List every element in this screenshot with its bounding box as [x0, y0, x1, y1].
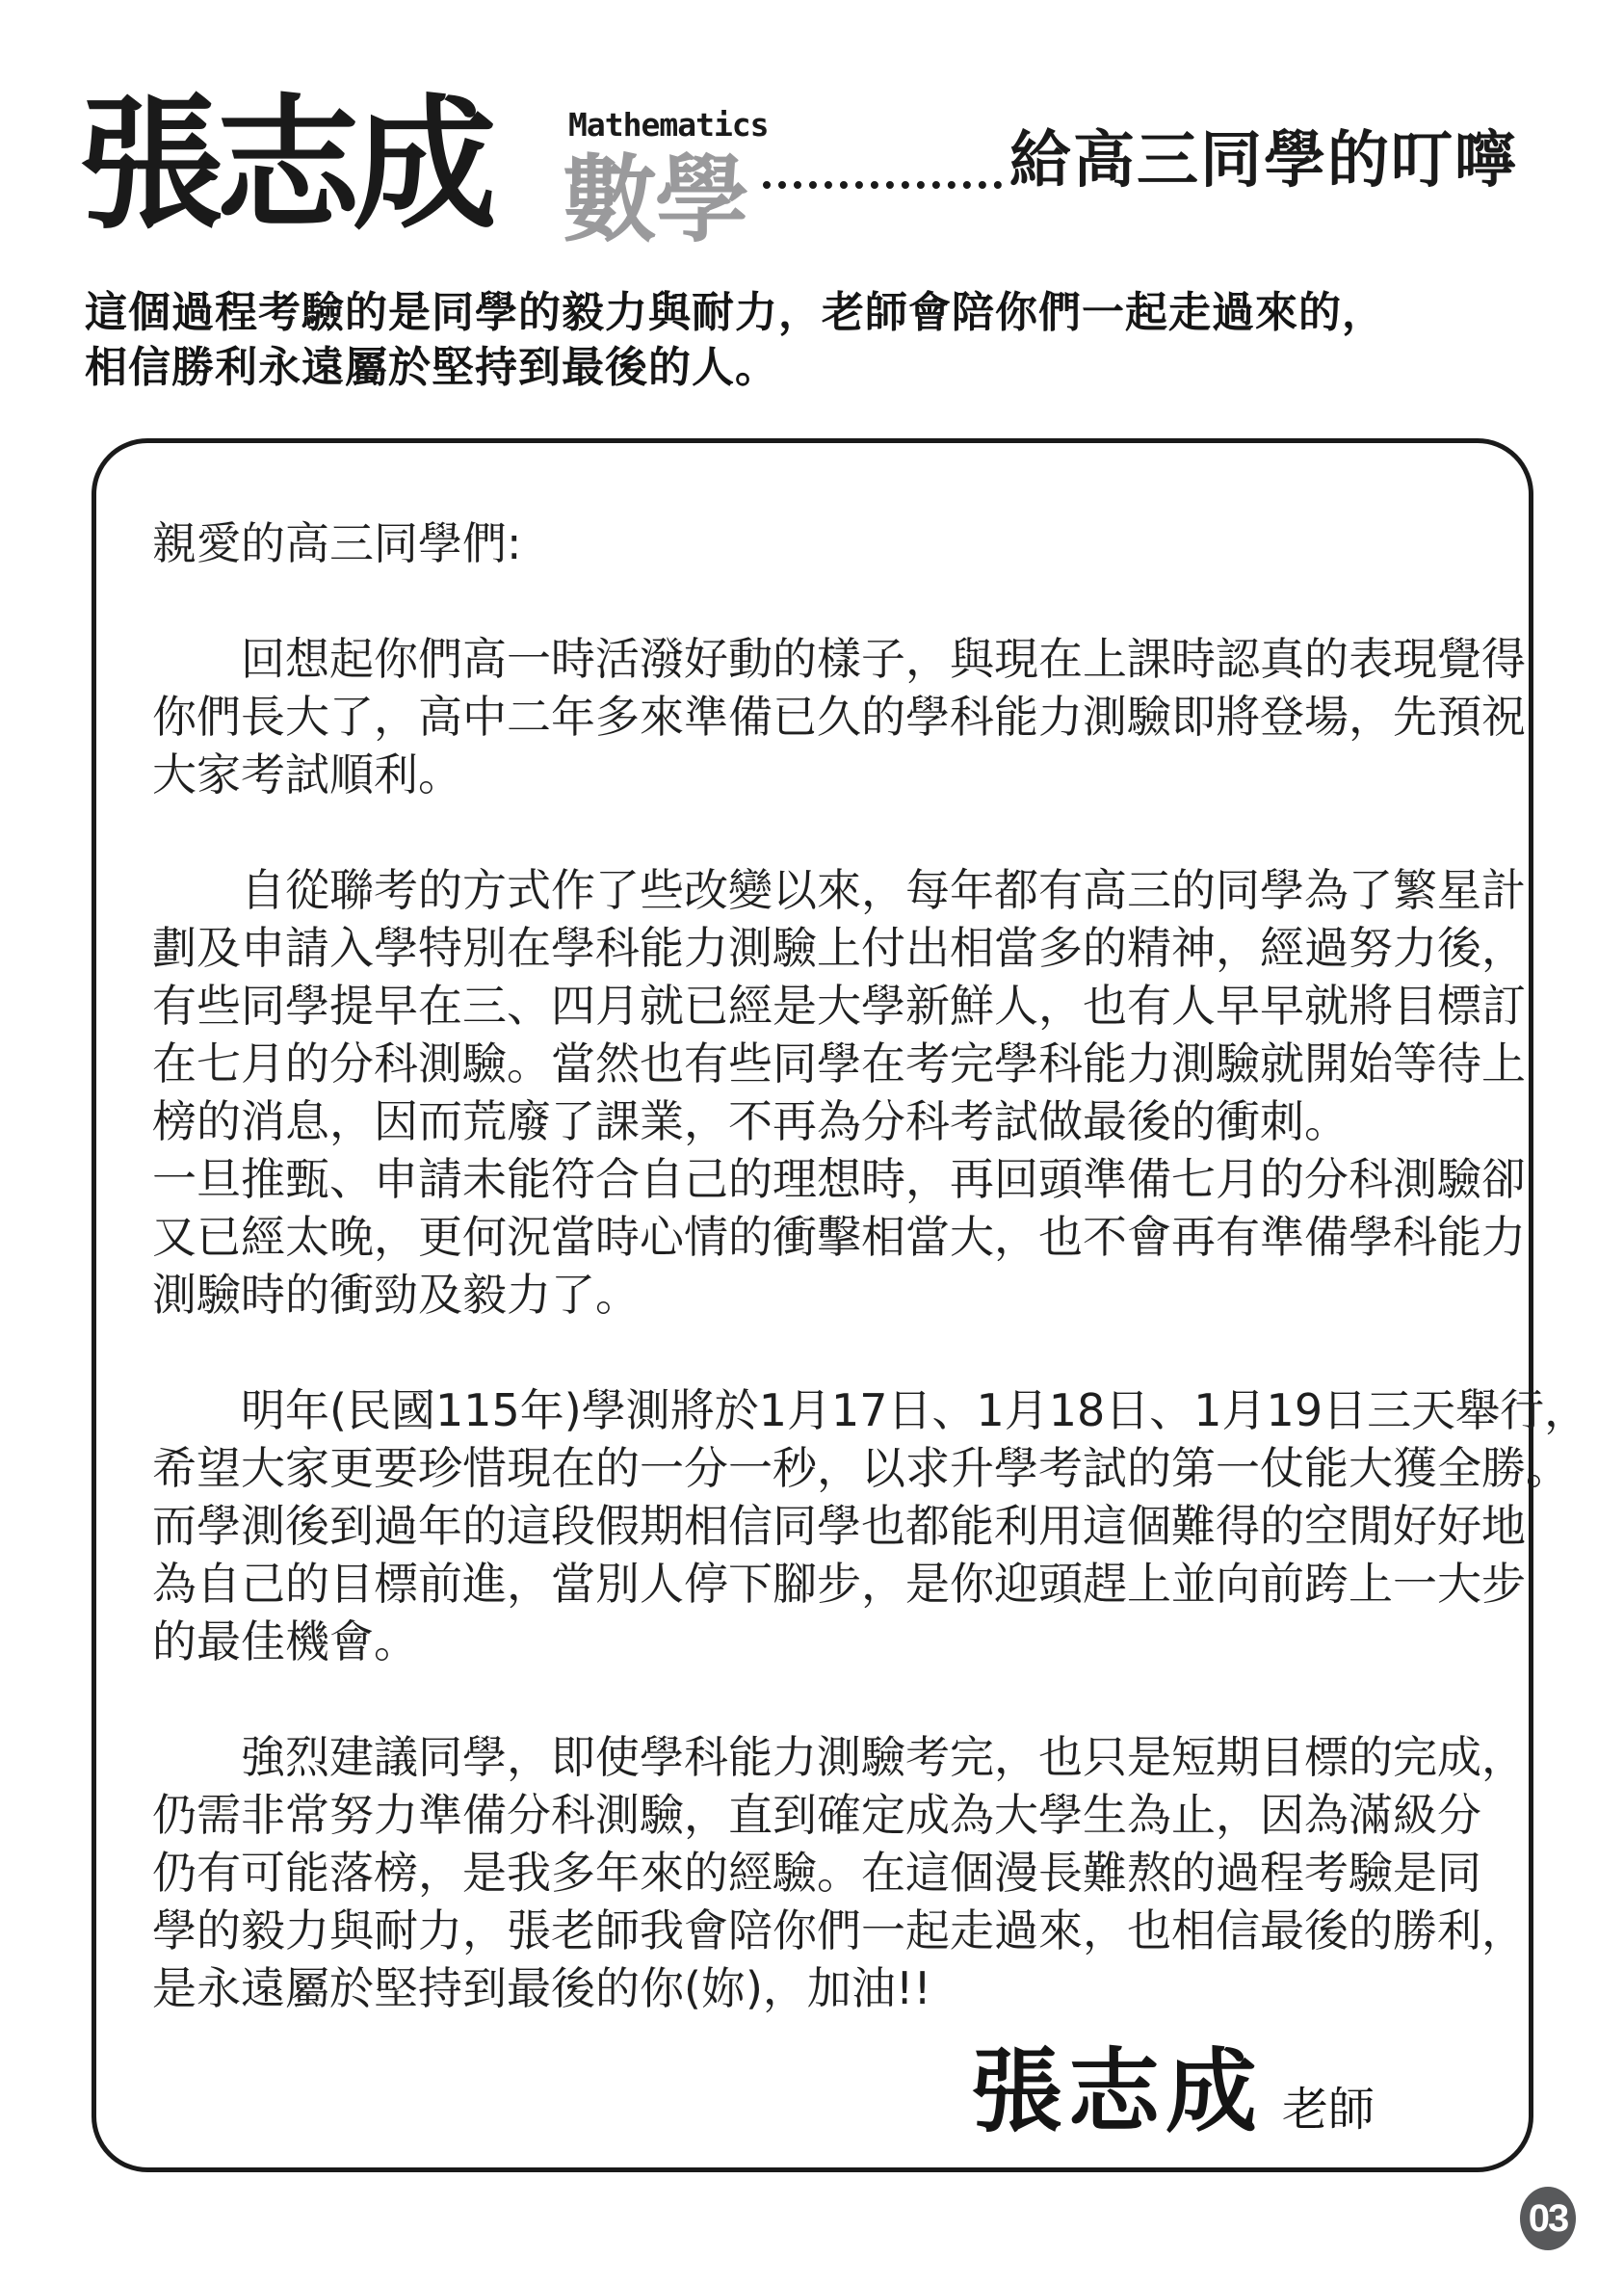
letter-box: 親愛的高三同學們: 回想起你們高一時活潑好動的樣子，與現在上課時認真的表現覺得你…: [92, 438, 1533, 2172]
letter-line: 仍有可能落榜，是我多年來的經驗。在這個漫長難熬的過程考驗是同: [152, 1844, 1473, 1902]
letter-line: 仍需非常努力準備分科測驗，直到確定成為大學生為止，因為滿級分: [152, 1786, 1473, 1844]
signature-name: 張志成: [971, 2047, 1263, 2139]
brand-logo-name: 張志成: [79, 92, 489, 237]
dotted-leader-line: [763, 181, 1002, 189]
letter-paragraph: 自從聯考的方式作了些改變以來，每年都有高三的同學為了繁星計劃及申請入學特別在學科…: [152, 861, 1473, 1324]
letter-line: 在七月的分科測驗。當然也有些同學在考完學科能力測驗就開始等待上: [152, 1035, 1473, 1092]
letter-line: 希望大家更要珍惜現在的一分一秒，以求升學考試的第一仗能大獲全勝。: [152, 1439, 1473, 1497]
letter-paragraph: 強烈建議同學，即使學科能力測驗考完，也只是短期目標的完成，仍需非常努力準備分科測…: [152, 1728, 1473, 2017]
letter-line: 學的毅力與耐力，張老師我會陪你們一起走過來，也相信最後的勝利，: [152, 1902, 1473, 1959]
intro-text: 這個過程考驗的是同學的毅力與耐力，老師會陪你們一起走過來的，相信勝利永遠屬於堅持…: [85, 285, 1385, 395]
letter-line: 強烈建議同學，即使學科能力測驗考完，也只是短期目標的完成，: [152, 1728, 1473, 1786]
letter-line: 回想起你們高一時活潑好動的樣子，與現在上課時認真的表現覺得: [152, 630, 1473, 688]
letter-paragraph: 明年(民國115年)學測將於1月17日、1月18日、1月19日三天舉行，希望大家…: [152, 1381, 1473, 1670]
brand-logo-english: Mathematics: [568, 106, 769, 144]
letter-line: 一旦推甄、申請未能符合自己的理想時，再回頭準備七月的分科測驗卻: [152, 1150, 1473, 1208]
letter-line: 為自己的目標前進，當別人停下腳步，是你迎頭趕上並向前跨上一大步: [152, 1555, 1473, 1613]
letter-body: 親愛的高三同學們: 回想起你們高一時活潑好動的樣子，與現在上課時認真的表現覺得你…: [152, 514, 1473, 2017]
letter-line: 你們長大了，高中二年多來準備已久的學科能力測驗即將登場，先預祝: [152, 688, 1473, 746]
brand-logo-subject: 數學: [563, 144, 747, 256]
page-title: 給高三同學的叮嚀: [1009, 129, 1518, 191]
letter-line: 而學測後到過年的這段假期相信同學也都能利用這個難得的空閒好好地: [152, 1497, 1473, 1555]
letter-line: 是永遠屬於堅持到最後的你(妳)，加油!!: [152, 1959, 1473, 2017]
letter-line: 測驗時的衝勁及毅力了。: [152, 1266, 1473, 1324]
letter-line: 大家考試順利。: [152, 746, 1473, 803]
letter-line: 又已經太晚，更何況當時心情的衝擊相當大，也不會再有準備學科能力: [152, 1208, 1473, 1266]
intro-line: 相信勝利永遠屬於堅持到最後的人。: [85, 340, 1385, 395]
document-page: 張志成 Mathematics 數學 給高三同學的叮嚀 這個過程考驗的是同學的毅…: [0, 0, 1624, 2284]
letter-greeting: 親愛的高三同學們:: [152, 514, 1473, 572]
signature-title: 老師: [1282, 2087, 1375, 2139]
letter-line: 有些同學提早在三、四月就已經是大學新鮮人，也有人早早就將目標訂: [152, 977, 1473, 1035]
letter-line: 榜的消息，因而荒廢了課業，不再為分科考試做最後的衝刺。: [152, 1092, 1473, 1150]
letter-line: 劃及申請入學特別在學科能力測驗上付出相當多的精神，經過努力後，: [152, 919, 1473, 977]
letter-paragraph: 回想起你們高一時活潑好動的樣子，與現在上課時認真的表現覺得你們長大了，高中二年多…: [152, 630, 1473, 803]
letter-line: 自從聯考的方式作了些改變以來，每年都有高三的同學為了繁星計: [152, 861, 1473, 919]
letter-line: 明年(民國115年)學測將於1月17日、1月18日、1月19日三天舉行，: [152, 1381, 1473, 1439]
signature: 張志成 老師: [971, 2047, 1375, 2139]
letter-line: 的最佳機會。: [152, 1613, 1473, 1670]
page-number-badge: 03: [1520, 2187, 1576, 2250]
intro-line: 這個過程考驗的是同學的毅力與耐力，老師會陪你們一起走過來的，: [85, 285, 1385, 340]
